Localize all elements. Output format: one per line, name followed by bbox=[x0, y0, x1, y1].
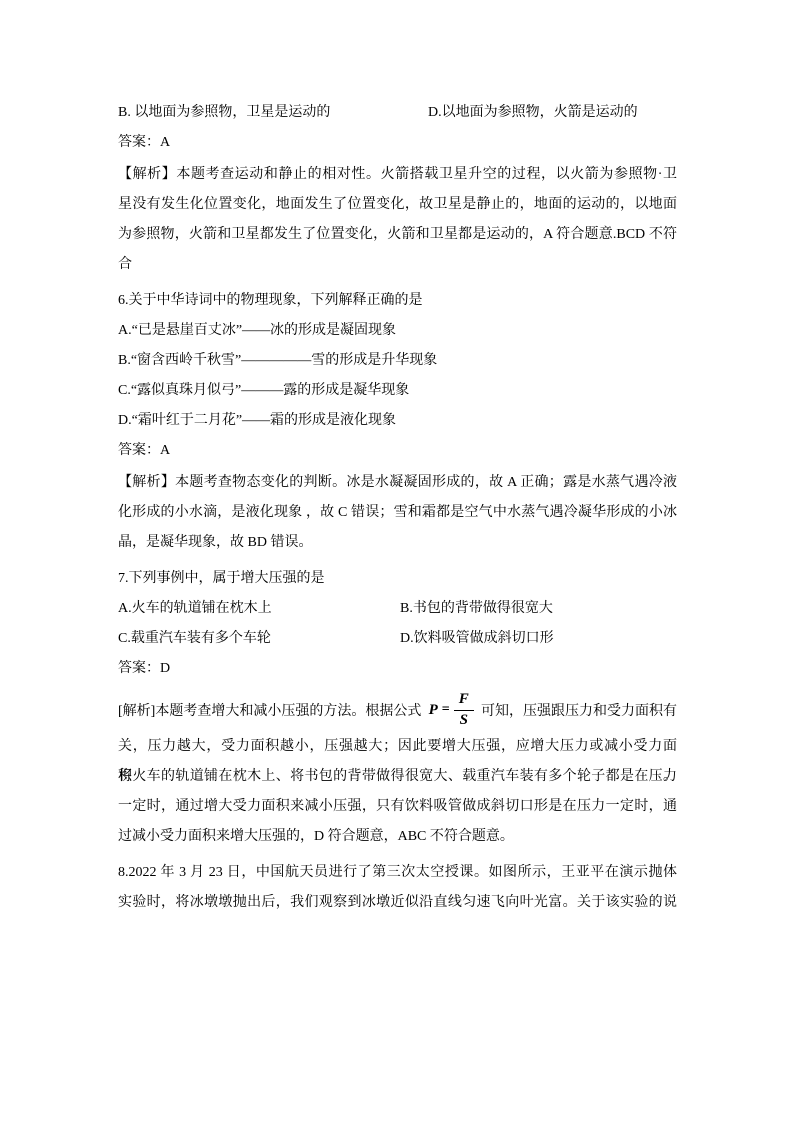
q6-option-c: C.“露似真珠月似弓”———露的形成是凝华现象 bbox=[118, 376, 677, 406]
q6-analysis-line-2: 化形成的小水滴，是液化现象 ，故 C 错误；雪和霜都是空气中水蒸气遇冷凝华形成的… bbox=[118, 498, 677, 528]
pressure-formula: P = F S bbox=[429, 691, 474, 729]
q7-option-c: C.载重汽车装有多个车轮 bbox=[118, 631, 271, 646]
q5-analysis-line-4: 合 bbox=[118, 250, 677, 280]
formula-lhs: P bbox=[429, 702, 438, 719]
q7-question: 7.下列事例中，属于增大压强的是 bbox=[118, 564, 677, 594]
document-page: B. 以地面为参照物，卫星是运动的 D.以地面为参照物，火箭是运动的 答案：A … bbox=[0, 0, 794, 1123]
q7-analysis-line-5: 过减小受力面积来增大压强的，D 符合题意，ABC 不符合题意。 bbox=[118, 822, 677, 852]
q5-option-d: D.以地面为参照物，火箭是运动的 bbox=[428, 98, 638, 128]
formula-denominator: S bbox=[460, 711, 468, 729]
q7-analysis-formula-line: [解析]本题考查增大和减小压强的方法。根据公式 P = F S 可知，压强跟压力… bbox=[118, 688, 677, 732]
q6-analysis-line-1: 【解析】本题考查物态变化的判断。冰是水凝凝固形成的，故 A 正确；露是水蒸气遇冷… bbox=[118, 468, 677, 498]
q5-analysis-line-1: 【解析】本题考查运动和静止的相对性。火箭搭载卫星升空的过程，以火箭为参照物·卫 bbox=[118, 160, 677, 190]
q8-intro-line-1: 8.2022 年 3 月 23 日，中国航天员进行了第三次太空授课。如图所示，王… bbox=[118, 858, 677, 888]
q5-options-row: B. 以地面为参照物，卫星是运动的 D.以地面为参照物，火箭是运动的 bbox=[118, 98, 677, 128]
q7-analysis-line-3: 将火车的轨道铺在枕木上、将书包的背带做得很宽大、载重汽车装有多个轮子都是在压力 bbox=[118, 762, 677, 792]
q6-option-b: B.“窗含西岭千秋雪”—————雪的形成是升华现象 bbox=[118, 346, 677, 376]
q7-analysis-prefix: [解析]本题考查增大和减小压强的方法。根据公式 bbox=[118, 700, 421, 720]
q7-option-a: A.火车的轨道铺在枕木上 bbox=[118, 601, 272, 616]
q5-answer: 答案：A bbox=[118, 128, 677, 158]
formula-fraction: F S bbox=[454, 691, 474, 729]
q6-analysis-line-3: 晶，是凝华现象，故 BD 错误。 bbox=[118, 528, 677, 558]
q6-question: 6.关于中华诗词中的物理现象，下列解释正确的是 bbox=[118, 286, 677, 316]
q7-options-row-1: A.火车的轨道铺在枕木上 B.书包的背带做得很宽大 bbox=[118, 594, 677, 624]
formula-equals: = bbox=[442, 702, 450, 718]
q5-analysis-line-2: 星没有发生化位置变化，地面发生了位置变化，故卫星是静止的，地面的运动的，以地面 bbox=[118, 190, 677, 220]
q5-analysis-line-3: 为参照物，火箭和卫星都发生了位置变化，火箭和卫星都是运动的，A 符合题意.BCD… bbox=[118, 220, 677, 250]
q7-option-d: D.饮料吸管做成斜切口形 bbox=[400, 624, 554, 654]
q7-analysis-line-2: 关，压力越大，受力面积越小，压强越大；因此要增大压强，应增大压力或减小受力面积。 bbox=[118, 732, 677, 762]
q6-answer: 答案：A bbox=[118, 436, 677, 466]
q6-option-a: A.“已是悬崖百丈冰”——冰的形成是凝固现象 bbox=[118, 316, 677, 346]
q7-options-row-2: C.载重汽车装有多个车轮 D.饮料吸管做成斜切口形 bbox=[118, 624, 677, 654]
formula-numerator: F bbox=[454, 691, 474, 710]
q8-intro-line-2: 实验时，将冰墩墩抛出后，我们观察到冰墩近似沿直线匀速飞向叶光富。关于该实验的说 bbox=[118, 888, 677, 918]
q7-analysis-suffix: 可知，压强跟压力和受力面积有 bbox=[481, 700, 677, 720]
q6-option-d: D.“霜叶红于二月花”——霜的形成是液化现象 bbox=[118, 406, 677, 436]
q7-answer: 答案：D bbox=[118, 654, 677, 684]
q5-option-b: B. 以地面为参照物，卫星是运动的 bbox=[118, 105, 330, 120]
q7-analysis-line-4: 一定时，通过增大受力面积来减小压强，只有饮料吸管做成斜切口形是在压力一定时，通 bbox=[118, 792, 677, 822]
q7-option-b: B.书包的背带做得很宽大 bbox=[400, 594, 553, 624]
